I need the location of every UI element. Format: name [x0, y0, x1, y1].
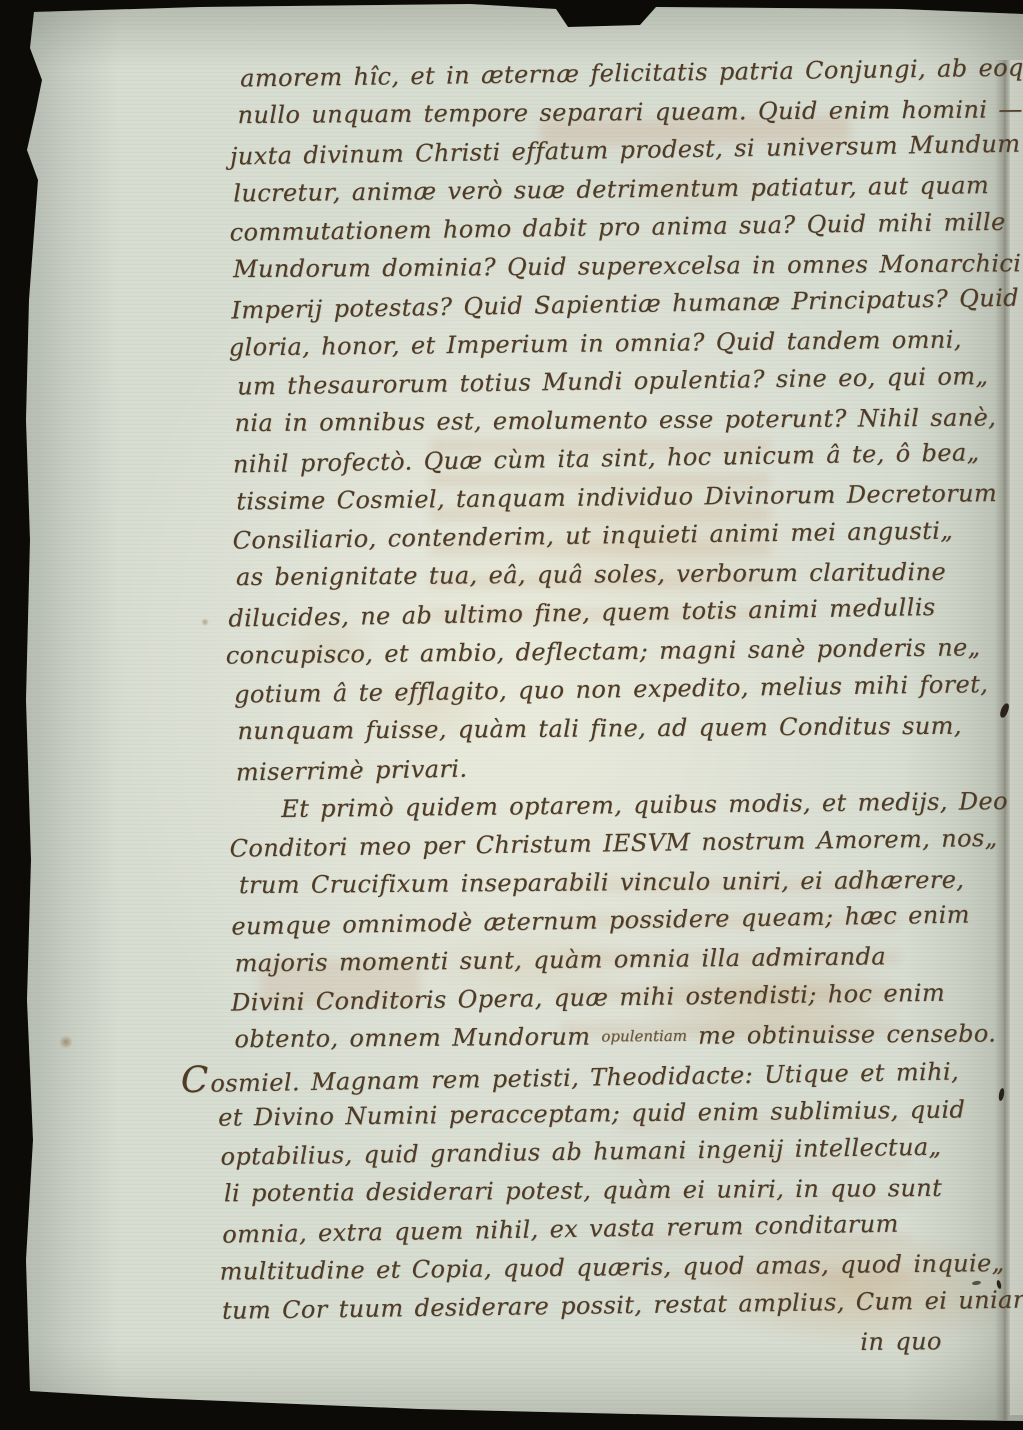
- manuscript-text: amorem hîc, et in æternæ felicitatis pat…: [228, 51, 989, 1367]
- text-segment: obtento, omnem Mundorum: [234, 1022, 601, 1053]
- manuscript-page: amorem hîc, et in æternæ felicitatis pat…: [0, 0, 1023, 1430]
- interlinear-insertion: opulentiam: [601, 1026, 687, 1045]
- catchword: in quo: [860, 1321, 988, 1361]
- manuscript-scan: amorem hîc, et in æternæ felicitatis pat…: [0, 0, 1023, 1430]
- text-segment: me obtinuisse censebo.: [687, 1019, 996, 1049]
